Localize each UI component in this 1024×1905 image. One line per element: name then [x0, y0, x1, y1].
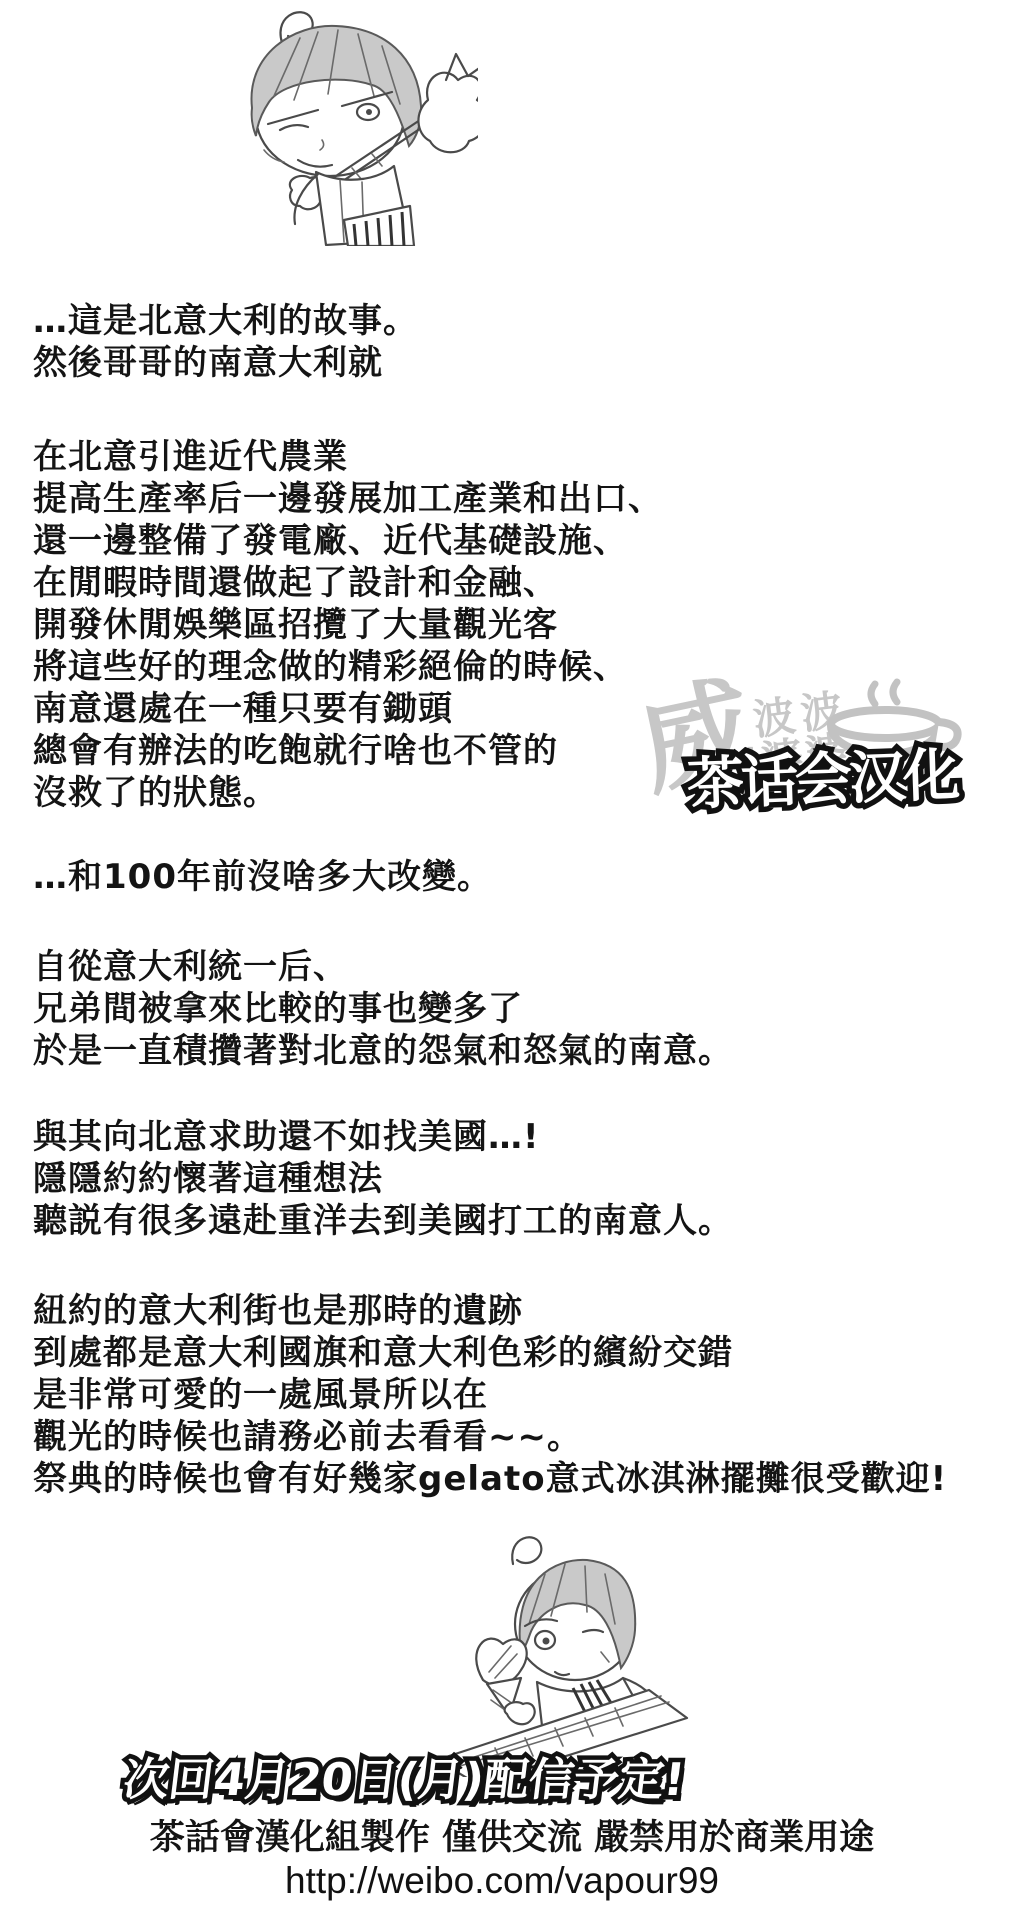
chibi-veneziano-sketch [425, 1532, 725, 1777]
text-line: 祭典的時候也會有好幾家gelato意式冰淇淋擺攤很受歡迎! [33, 1458, 947, 1500]
weibo-url: http://weibo.com/vapour99 [0, 1860, 1004, 1902]
announcement-text: 次回4月20日(月)配信予定! [0, 1753, 815, 1807]
paragraph-north-italy: 在北意引進近代農業 提高生產率后一邊發展加工產業和出口、 還一邊整備了發電廠、近… [33, 436, 663, 814]
text-line: 將這些好的理念做的精彩絕倫的時候、 [33, 646, 663, 688]
text-line: …和100年前沒啥多大改變。 [33, 856, 492, 898]
chibi-romano-sketch [222, 4, 478, 246]
text-line: …這是北意大利的故事。 [33, 300, 418, 342]
text-line: 兄弟間被拿來比較的事也變多了 [33, 988, 733, 1030]
paragraph-america: 與其向北意求助還不如找美國…! 隱隱約約懷著這種想法 聽説有很多遠赴重洋去到美國… [33, 1116, 733, 1242]
text-line: 是非常可愛的一處風景所以在 [33, 1374, 947, 1416]
text-line: 自從意大利統一后、 [33, 946, 733, 988]
text-line: 觀光的時候也請務必前去看看~~。 [33, 1416, 947, 1458]
logo-main-text: 茶话会汉化 [686, 745, 958, 814]
scanlation-credit-line: 茶話會漢化組製作 僅供交流 嚴禁用於商業用途 [0, 1817, 1024, 1859]
text-line: 紐約的意大利街也是那時的遺跡 [33, 1290, 947, 1332]
text-line: 還一邊整備了發電廠、近代基礎設施、 [33, 520, 663, 562]
text-line: 沒救了的狀態。 [33, 772, 663, 814]
text-line: 提高生產率后一邊發展加工產業和出口、 [33, 478, 663, 520]
paragraph-little-italy: 紐約的意大利街也是那時的遺跡 到處都是意大利國旗和意大利色彩的繽紛交錯 是非常可… [33, 1290, 947, 1500]
scanlation-group-logo: 威 波波 婆婆 茶话会汉化 茶话会汉化 [635, 680, 975, 840]
text-line: 於是一直積攢著對北意的怨氣和怒氣的南意。 [33, 1030, 733, 1072]
text-line: 隱隱約約懷著這種想法 [33, 1158, 733, 1200]
text-line: 總會有辦法的吃飽就行啥也不管的 [33, 730, 663, 772]
paragraph-intro: …這是北意大利的故事。 然後哥哥的南意大利就 [33, 300, 418, 384]
text-line: 與其向北意求助還不如找美國…! [33, 1116, 733, 1158]
manga-afterword-page: …這是北意大利的故事。 然後哥哥的南意大利就 在北意引進近代農業 提高生產率后一… [0, 0, 1024, 1905]
text-line: 在閒暇時間還做起了設計和金融、 [33, 562, 663, 604]
text-line: 南意還處在一種只要有鋤頭 [33, 688, 663, 730]
text-line: 開發休閒娛樂區招攬了大量觀光客 [33, 604, 663, 646]
text-line: 到處都是意大利國旗和意大利色彩的繽紛交錯 [33, 1332, 947, 1374]
text-line: 在北意引進近代農業 [33, 436, 663, 478]
text-line: 然後哥哥的南意大利就 [33, 342, 418, 384]
text-line: 聽説有很多遠赴重洋去到美國打工的南意人。 [33, 1200, 733, 1242]
paragraph-unification: 自從意大利統一后、 兄弟間被拿來比較的事也變多了 於是一直積攢著對北意的怨氣和怒… [33, 946, 733, 1072]
paragraph-100-years: …和100年前沒啥多大改變。 [33, 856, 492, 898]
